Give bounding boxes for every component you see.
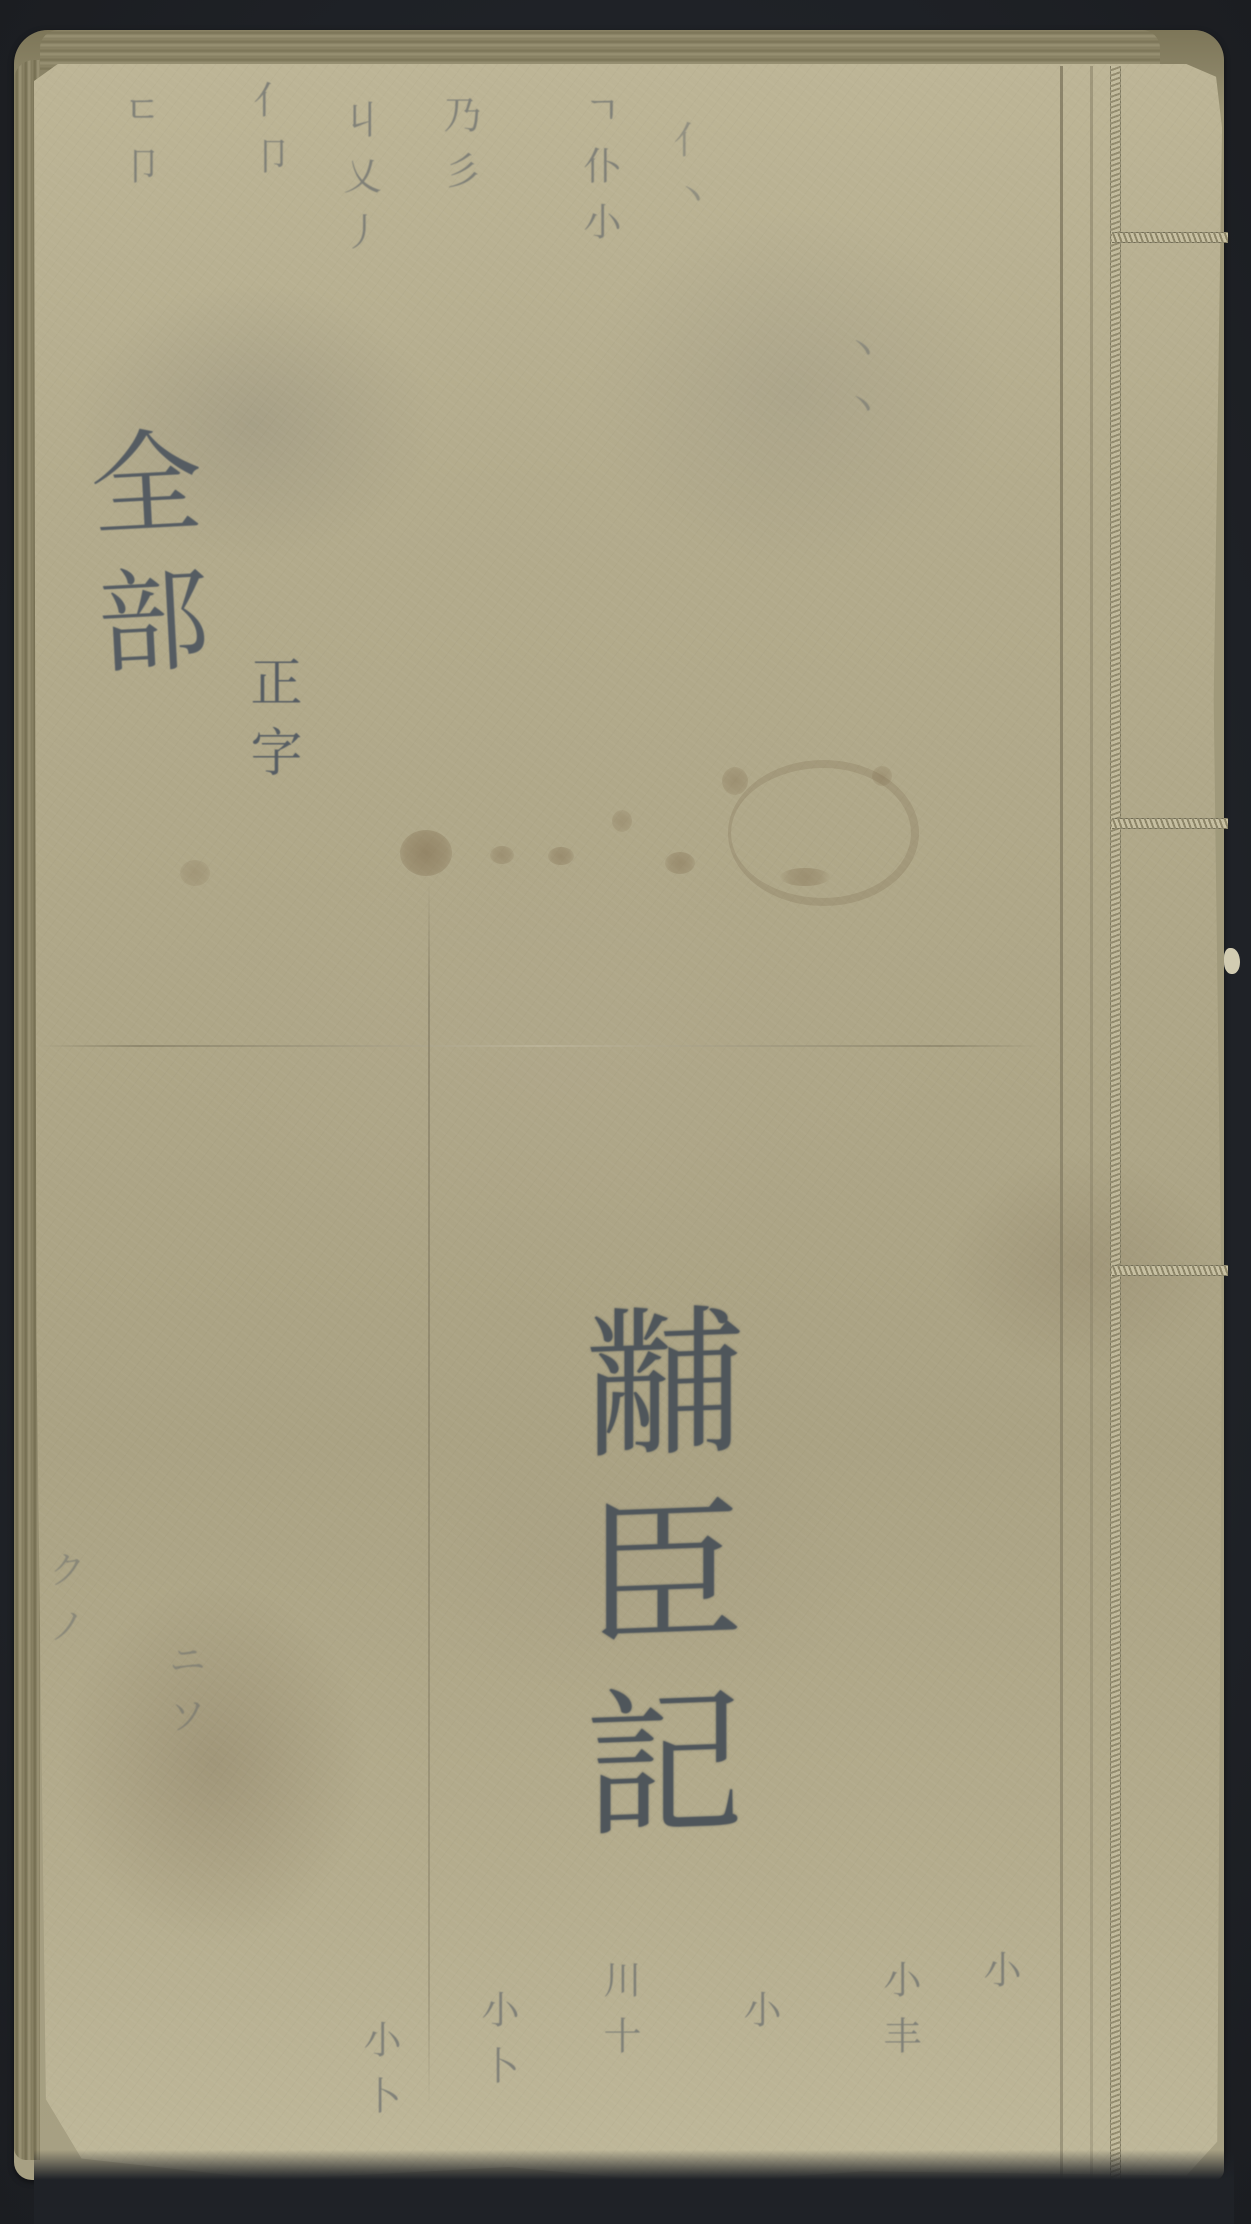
volume-label: 全部 [78, 422, 204, 703]
ghost-text-bottom: 小 [980, 1950, 1018, 2006]
ring-stain [728, 760, 919, 906]
ghost-text-top: 乃彡 [440, 95, 478, 207]
annotation-label: 正字 [245, 655, 297, 795]
binding-thread-stitch-2 [1112, 818, 1228, 829]
ghost-text-left-margin: クノ [45, 1550, 83, 1662]
ghost-text-bottom: 小卜 [478, 1990, 516, 2102]
ghost-text-top: 亻卩 [250, 80, 288, 192]
water-stain [490, 846, 514, 864]
water-stain [612, 810, 632, 832]
book-title: 黼臣記 [570, 1297, 730, 1873]
ghost-text-bottom-left: ニソ [165, 1640, 203, 1752]
ghost-text-top: 丩乂丿 [340, 100, 378, 268]
fold-crease-horizontal [40, 1045, 1040, 1047]
ghost-text-bottom: 小丰 [880, 1960, 918, 2072]
ghost-text-bottom: 小卜 [360, 2020, 398, 2132]
water-stain [548, 847, 574, 865]
binding-thread-vertical [1110, 66, 1121, 2186]
ghost-text-top: 亻丶 [670, 120, 708, 232]
water-stain [180, 860, 210, 886]
spine-fold-line [1060, 66, 1063, 2186]
ghost-text-bottom: 川十 [600, 1960, 638, 2072]
ghost-text-mid: 丶丶 [840, 330, 878, 442]
paper-tab-tear [1224, 948, 1240, 974]
ghost-text-bottom: 小 [740, 1990, 778, 2046]
binding-thread-stitch-3 [1112, 1265, 1228, 1276]
ghost-text-top: ㄷ卩 [120, 90, 158, 202]
binding-thread-stitch-1 [1112, 232, 1228, 243]
spine-fold-line-2 [1090, 66, 1093, 2186]
ghost-text-top: ㄱ仆小 [580, 90, 618, 258]
bottom-torn-edge [34, 2150, 1234, 2224]
scanned-book-cover: ㄷ卩 亻卩 丩乂丿 乃彡 ㄱ仆小 亻丶 丶丶 クノ ニソ 小卜 小卜 川十 小 … [0, 0, 1251, 2224]
fold-crease-vertical [428, 880, 430, 2110]
water-stain [400, 830, 452, 876]
water-stain [665, 852, 695, 874]
